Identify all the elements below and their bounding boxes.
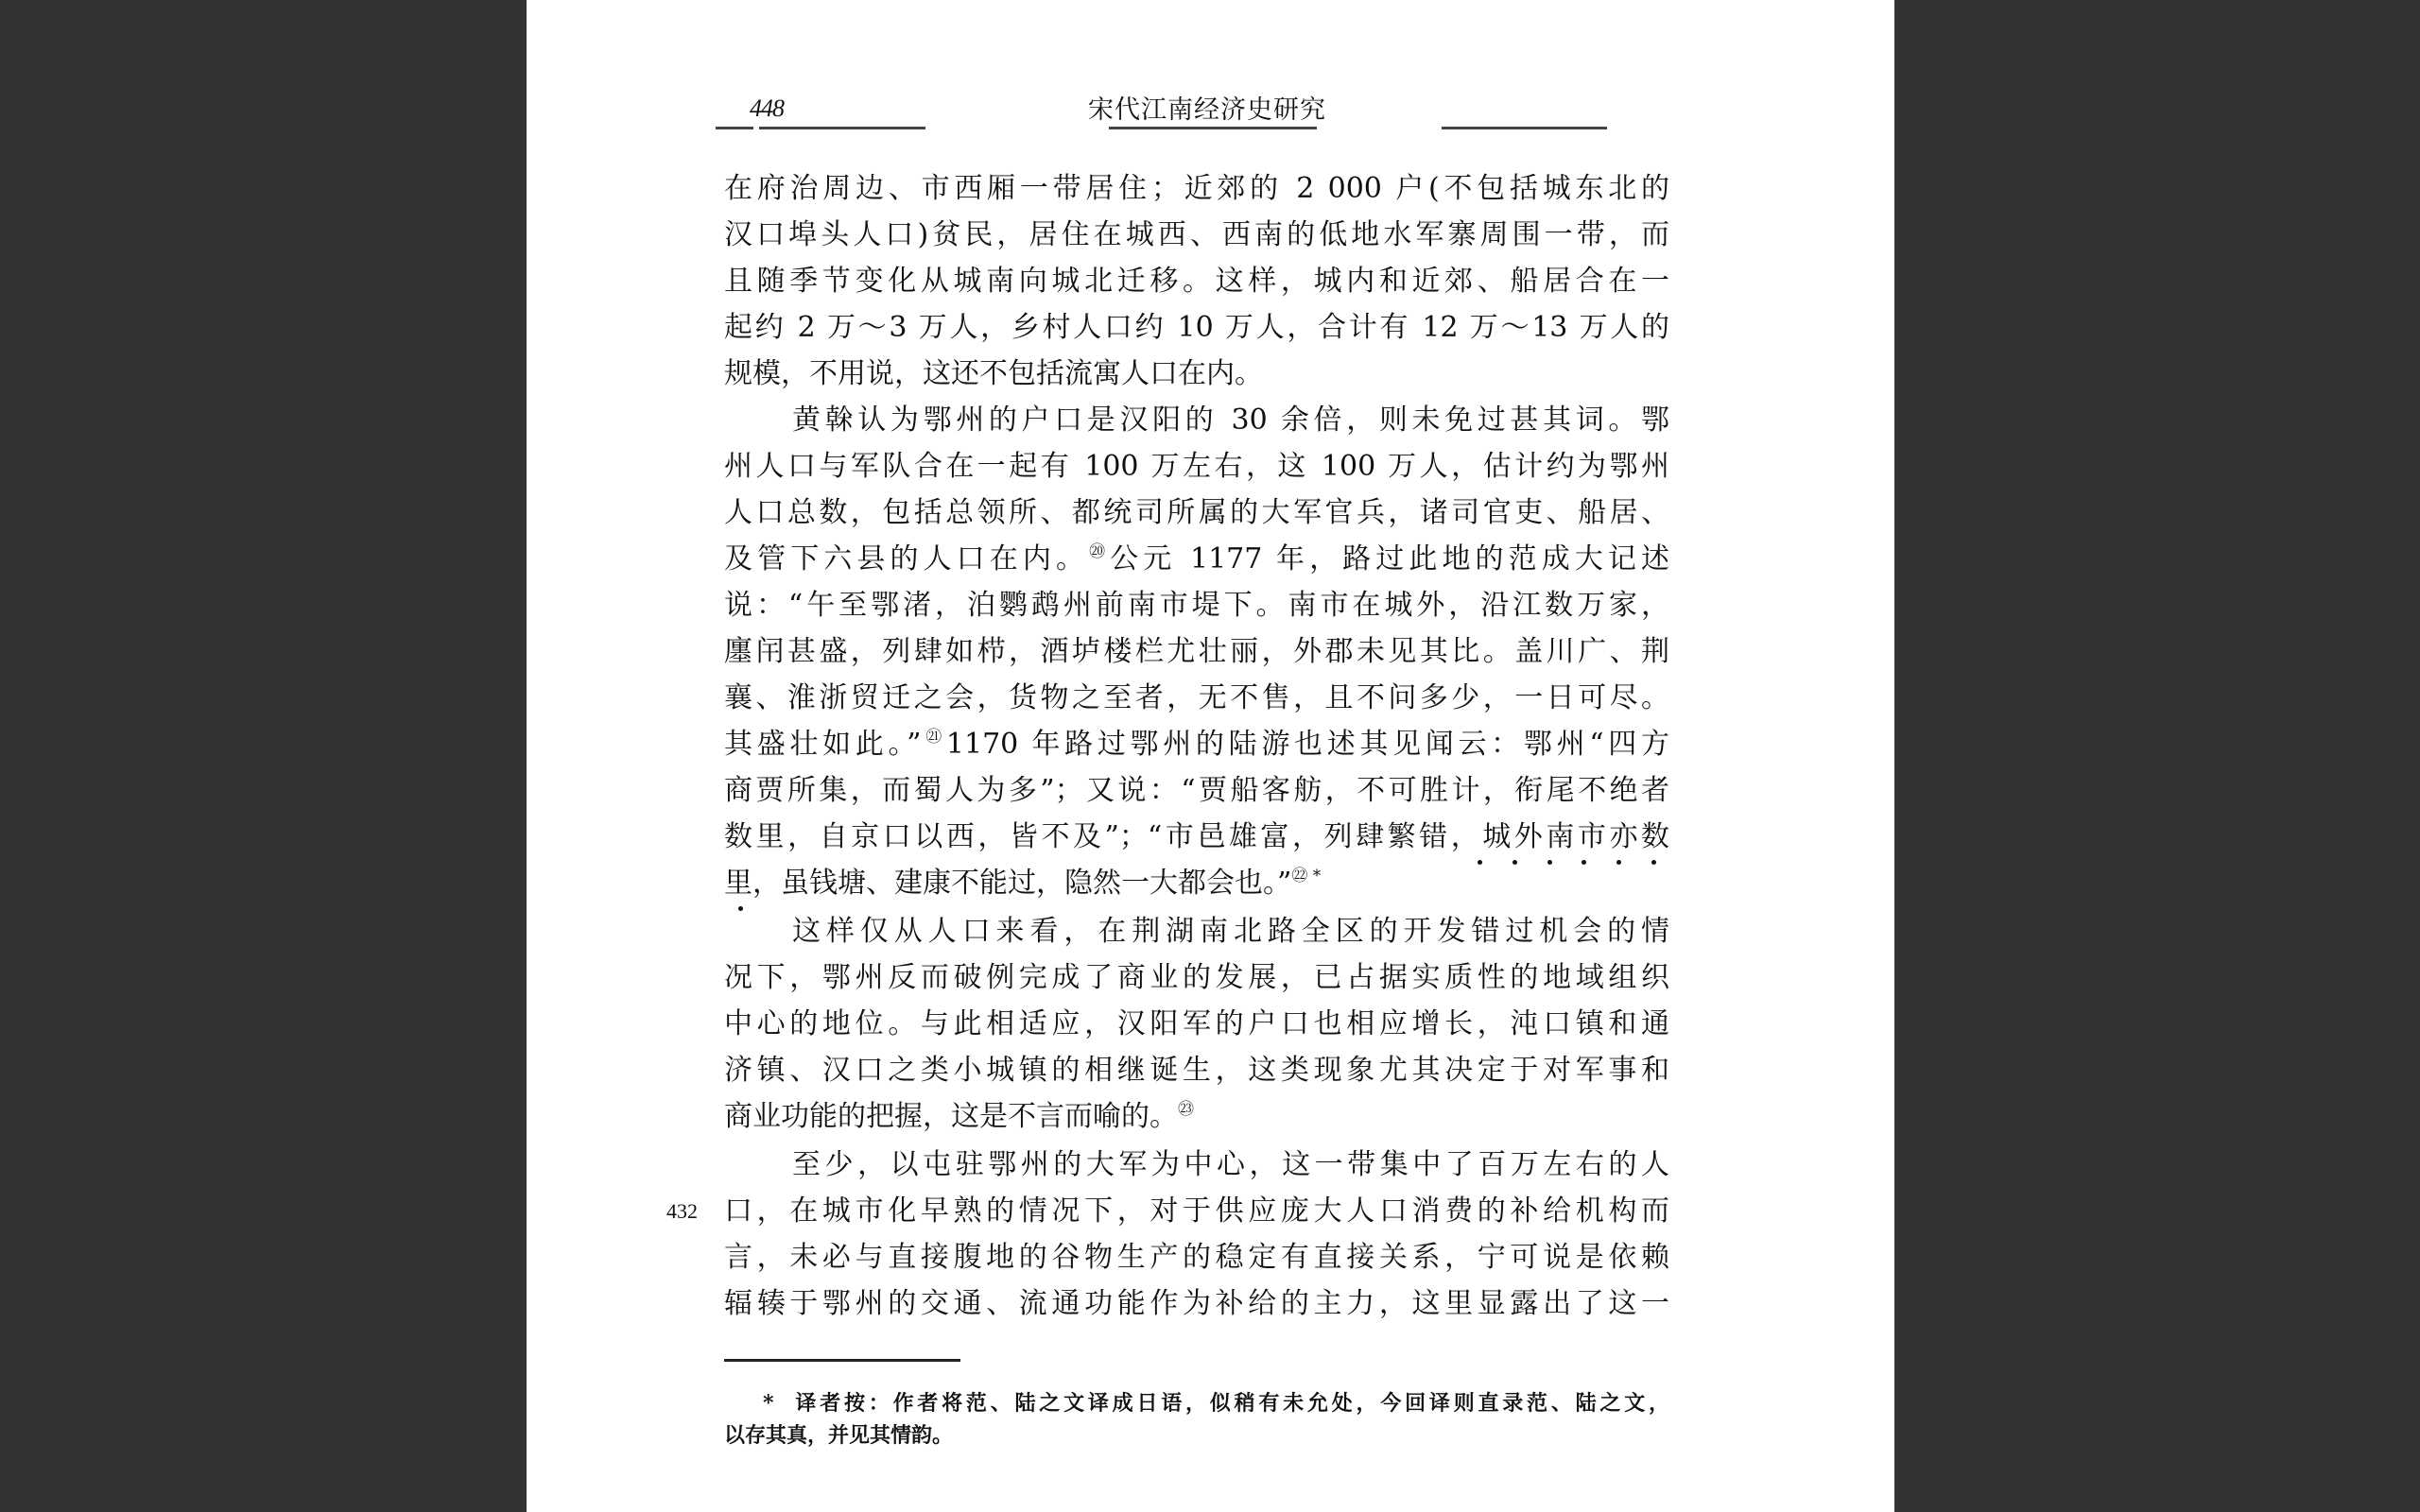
footnote-marker: * (763, 1391, 774, 1416)
footnote-separator (724, 1359, 960, 1362)
running-head: 448 宋代江南经济史研究 (527, 87, 1894, 134)
text-line: 起约 2 万～3 万人，乡村人口约 10 万人，合计有 12 万～13 万人的 (724, 309, 1669, 347)
text-line: 里，虽钱塘、建康不能过，隐然一大都会也。”㉒ * (724, 865, 1669, 902)
footnote-ref-21[interactable]: ㉑ (922, 728, 946, 747)
text-line: 这样仅从人口来看，在荆湖南北路全区的开发错过机会的情 (792, 913, 1669, 951)
footnote-text: 译者按：作者将范、陆之文译成日语，似稍有未允处，今回译则直录范、陆之文， (795, 1391, 1669, 1416)
book-page: 448 宋代江南经济史研究 在府治周边、市西厢一带居住；近郊的 2 000 户(… (527, 0, 1894, 1512)
footnote-ref-20[interactable]: ⑳ (1089, 542, 1110, 561)
text-line: 廛闬甚盛，列肆如栉，酒垆楼栏尤壮丽，外郡未见其比。盖川广、荆 (724, 633, 1669, 671)
document-viewer: 448 宋代江南经济史研究 在府治周边、市西厢一带居住；近郊的 2 000 户(… (0, 0, 2420, 1512)
line-text: 1170 年路过鄂州的陆游也述其见闻云：鄂州“四方 (946, 728, 1669, 761)
text-line: 口，在城市化早熟的情况下，对于供应庞大人口消费的补给机构而 (724, 1193, 1669, 1230)
text-line: 黄榦认为鄂州的户口是汉阳的 30 余倍，则未免过甚其词。鄂 (792, 402, 1669, 439)
footnote-ref-23[interactable]: ㉓ (1178, 1100, 1194, 1119)
header-rule-segment (1251, 127, 1317, 129)
text-line: 襄、淮浙贸迁之会，货物之至者，无不售，且不问多少，一日可尽。 (724, 679, 1669, 717)
text-line: 及管下六县的人口在内。⑳公元 1177 年，路过此地的范成大记述 (724, 541, 1669, 578)
emphasis-dot (738, 906, 743, 911)
footnote-line: 以存其真，并见其情韵。 (724, 1421, 1669, 1450)
text-line: 济镇、汉口之类小城镇的相继诞生，这类现象尤其决定于对军事和 (724, 1052, 1669, 1090)
text-line: 至少，以屯驻鄂州的大军为中心，这一带集中了百万左右的人 (792, 1146, 1669, 1184)
book-title: 宋代江南经济史研究 (1065, 89, 1349, 126)
emphasis-dots (738, 906, 748, 916)
line-text: 公元 1177 年，路过此地的范成大记述 (1110, 542, 1669, 576)
text-line: 说：“午至鄂渚，泊鹦鹉州前南市堤下。南市在城外，沿江数万家， (724, 587, 1669, 625)
text-line: 况下，鄂州反而破例完成了商业的发展，已占据实质性的地域组织 (724, 959, 1669, 997)
header-rule-segment (716, 127, 753, 129)
original-page-marker: 432 (666, 1193, 698, 1230)
line-text: 及管下六县的人口在内。 (724, 542, 1089, 576)
text-line: 辐辏于鄂州的交通、流通功能作为补给的主力，这里显露出了这一 (724, 1285, 1669, 1323)
text-line: 商业功能的把握，这是不言而喻的。㉓ (724, 1098, 1669, 1136)
text-line: 其盛壮如此。”㉑1170 年路过鄂州的陆游也述其见闻云：鄂州“四方 (724, 726, 1669, 764)
line-text: 其盛壮如此。” (724, 728, 922, 761)
line-text: 商业功能的把握，这是不言而喻的。 (724, 1100, 1178, 1133)
text-line: 言，未必与直接腹地的谷物生产的稳定有直接关系，宁可说是依赖 (724, 1239, 1669, 1277)
translator-note-ref[interactable]: * (1307, 867, 1321, 885)
text-line: 数里，自京口以西，皆不及”；“市邑雄富，列肆繁错，城外南市亦数 (724, 818, 1669, 856)
text-line: 中心的地位。与此相适应，汉阳军的户口也相应增长，沌口镇和通 (724, 1005, 1669, 1043)
text-line: 且随季节变化从城南向城北迁移。这样，城内和近郊、船居合在一 (724, 263, 1669, 301)
text-line: 州人口与军队合在一起有 100 万左右，这 100 万人，估计约为鄂州 (724, 448, 1669, 486)
text-line: 汉口埠头人口)贫民，居住在城西、西南的低地水军寨周围一带，而 (724, 216, 1669, 254)
header-rule-segment (1109, 127, 1251, 129)
header-rule-segment (759, 127, 925, 129)
text-line: 在府治周边、市西厢一带居住；近郊的 2 000 户(不包括城东北的 (724, 170, 1669, 208)
line-text: 里，虽钱塘、建康不能过，隐然一大都会也。” (724, 867, 1291, 900)
footnote-ref-22[interactable]: ㉒ (1291, 867, 1307, 885)
text-line: 规模，不用说，这还不包括流寓人口在内。 (724, 355, 1669, 393)
page-number: 448 (750, 94, 784, 123)
header-rule-segment (1442, 127, 1607, 129)
text-line: 人口总数，包括总领所、都统司所属的大军官兵，诸司官吏、船居、 (724, 494, 1669, 532)
text-line: 商贾所集，而蜀人为多”；又说：“贾船客舫，不可胜计，衔尾不绝者 (724, 772, 1669, 810)
footnote-line: * 译者按：作者将范、陆之文译成日语，似稍有未允处，今回译则直录范、陆之文， (763, 1389, 1669, 1417)
